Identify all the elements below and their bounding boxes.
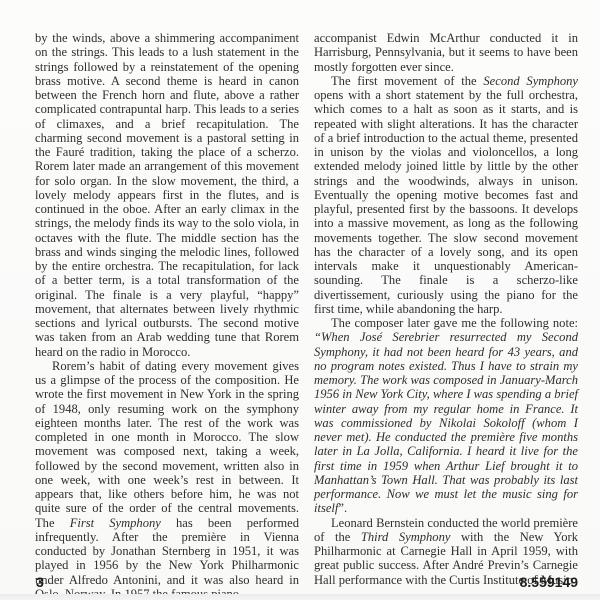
work-title: Third Symphony [361, 530, 451, 544]
paragraph-symphony1-movements: by the winds, above a shimmering accompa… [35, 31, 299, 359]
catalog-number: 8.559149 [520, 574, 578, 590]
left-column: by the winds, above a shimmering accompa… [35, 31, 299, 600]
paragraph-mcarthur: accompanist Edwin McArthur conducted it … [314, 31, 578, 74]
paragraph-rorem-dating: Rorem’s habit of dating every movement g… [35, 359, 299, 600]
page-number: 3 [36, 574, 44, 590]
paragraph-symphony2: The first movement of the Second Symphon… [314, 74, 578, 316]
work-title: Second Symphony [483, 74, 578, 88]
composer-quote: “When José Serebrier resurrected my Seco… [314, 330, 578, 515]
right-column: accompanist Edwin McArthur conducted it … [314, 31, 578, 587]
booklet-page: by the winds, above a shimmering accompa… [0, 0, 600, 600]
work-title: First Symphony [70, 516, 161, 530]
paragraph-composer-note: The composer later gave me the following… [314, 316, 578, 516]
page-bottom-edge [0, 594, 600, 600]
